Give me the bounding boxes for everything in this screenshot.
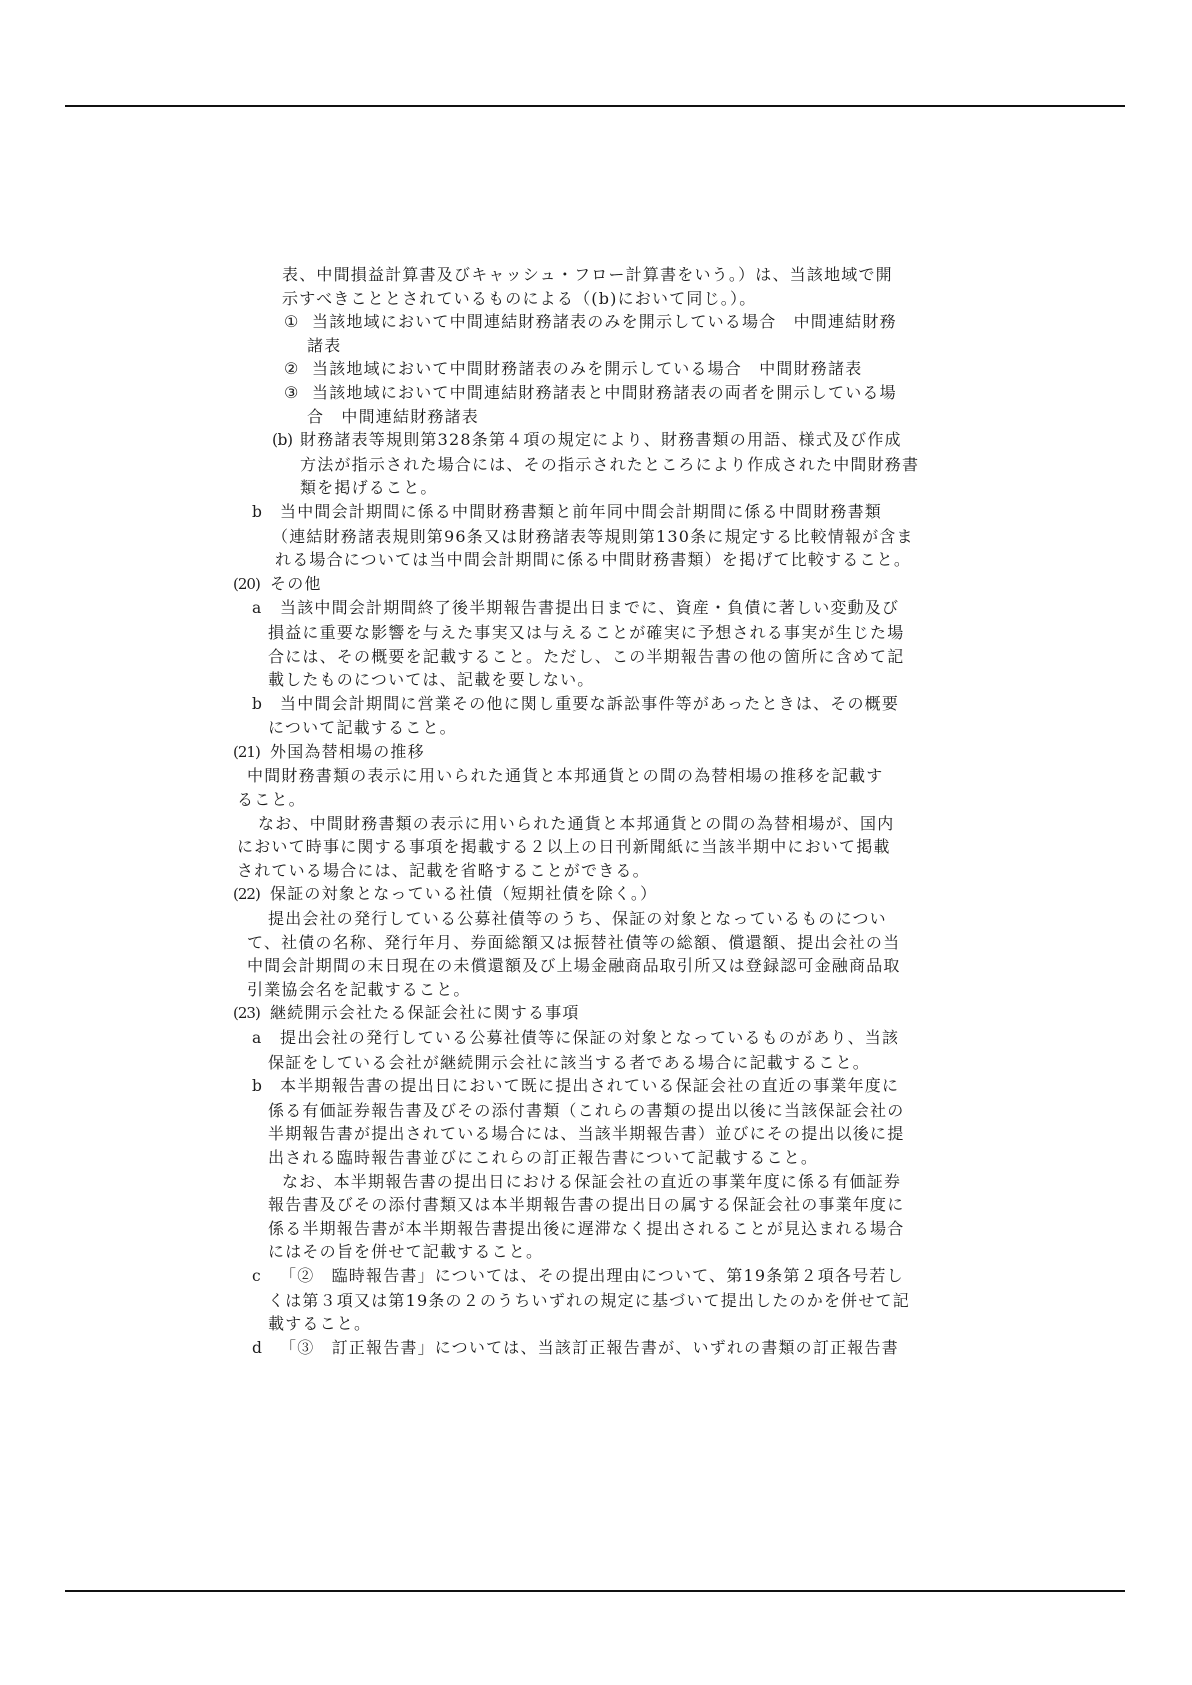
text-line: において時事に関する事項を掲載する２以上の日刊新聞紙に当該半期中において掲載 <box>233 835 933 859</box>
line-text: について記載すること。 <box>268 718 457 737</box>
item-marker: (20) <box>233 573 270 597</box>
text-line: 中間財務書類の表示に用いられた通貨と本邦通貨との間の為替相場の推移を記載す <box>233 764 933 788</box>
line-text: 「② 臨時報告書」については、その提出理由について、第19条第２項各号若し <box>280 1266 904 1285</box>
page-top-rule <box>65 105 1125 107</box>
text-line: 示すべきこととされているものによる（(b)において同じ。）。 <box>233 287 933 311</box>
item-marker: ③ <box>284 381 312 405</box>
line-text: 合には、その概要を記載すること。ただし、この半期報告書の他の箇所に含めて記 <box>268 647 904 666</box>
text-line: されている場合には、記載を省略することができる。 <box>233 859 933 883</box>
item-marker: d <box>252 1337 280 1361</box>
text-line: c「② 臨時報告書」については、その提出理由について、第19条第２項各号若し <box>233 1264 933 1289</box>
text-line: 類を掲げること。 <box>233 476 933 500</box>
text-line: (21)外国為替相場の推移 <box>233 740 933 765</box>
line-text: 載したものについては、記載を要しない。 <box>268 670 594 689</box>
item-marker: c <box>252 1265 280 1289</box>
line-text: 当該中間会計期間終了後半期報告書提出日までに、資産・負債に著しい変動及び <box>280 598 899 617</box>
line-text: 報告書及びその添付書類又は本半期報告書の提出日の属する保証会社の事業年度に <box>268 1195 904 1214</box>
text-line: （連結財務諸表規則第96条又は財務諸表等規則第130条に規定する比較情報が含ま <box>233 525 933 549</box>
text-line: 出される臨時報告書並びにこれらの訂正報告書について記載すること。 <box>233 1146 933 1170</box>
text-line: くは第３項又は第19条の２のうちいずれの規定に基づいて提出したのかを併せて記 <box>233 1289 933 1313</box>
item-marker: ② <box>284 357 312 381</box>
line-text: 当中間会計期間に係る中間財務書類と前年同中間会計期間に係る中間財務書類 <box>280 502 882 521</box>
page-bottom-rule <box>65 1590 1125 1592</box>
text-line: (b)財務諸表等規則第328条第４項の規定により、財務書類の用語、様式及び作成 <box>233 428 933 453</box>
text-line: 係る有価証券報告書及びその添付書類（これらの書類の提出以後に当該保証会社の <box>233 1099 933 1123</box>
line-text: 当該地域において中間連結財務諸表と中間財務諸表の両者を開示している場 <box>312 383 897 402</box>
text-line: 保証をしている会社が継続開示会社に該当する者である場合に記載すること。 <box>233 1051 933 1075</box>
line-text: 当該地域において中間連結財務諸表のみを開示している場合 中間連結財務 <box>312 312 897 331</box>
line-text: 提出会社の発行している公募社債等に保証の対象となっているものがあり、当該 <box>280 1028 899 1047</box>
text-line: 報告書及びその添付書類又は本半期報告書の提出日の属する保証会社の事業年度に <box>233 1193 933 1217</box>
text-line: 表、中間損益計算書及びキャッシュ・フロー計算書をいう。）は、当該地域で開 <box>233 263 933 287</box>
line-text: れる場合については当中間会計期間に係る中間財務書類）を掲げて比較すること。 <box>275 550 911 569</box>
text-line: 諸表 <box>233 334 933 358</box>
text-line: d「③ 訂正報告書」については、当該訂正報告書が、いずれの書類の訂正報告書 <box>233 1336 933 1361</box>
text-line: 半期報告書が提出されている場合には、当該半期報告書）並びにその提出以後に提 <box>233 1122 933 1146</box>
text-line: て、社債の名称、発行年月、券面総額又は振替社債等の総額、償還額、提出会社の当 <box>233 931 933 955</box>
text-line: ①当該地域において中間連結財務諸表のみを開示している場合 中間連結財務 <box>233 310 933 334</box>
item-marker: (23) <box>233 1002 270 1026</box>
text-line: について記載すること。 <box>233 716 933 740</box>
text-line: b本半期報告書の提出日において既に提出されている保証会社の直近の事業年度に <box>233 1074 933 1099</box>
text-line: なお、本半期報告書の提出日における保証会社の直近の事業年度に係る有価証券 <box>233 1170 933 1194</box>
line-text: 表、中間損益計算書及びキャッシュ・フロー計算書をいう。）は、当該地域で開 <box>282 265 893 284</box>
text-line: (23)継続開示会社たる保証会社に関する事項 <box>233 1001 933 1026</box>
text-line: 提出会社の発行している公募社債等のうち、保証の対象となっているものについ <box>233 907 933 931</box>
line-text: 保証の対象となっている社債（短期社債を除く。） <box>270 884 657 903</box>
text-line: 方法が指示された場合には、その指示されたところにより作成された中間財務書 <box>233 453 933 477</box>
item-marker: (21) <box>233 741 270 765</box>
line-text: 合 中間連結財務諸表 <box>307 407 479 426</box>
item-marker: b <box>252 693 280 717</box>
line-text: 外国為替相場の推移 <box>270 742 425 761</box>
line-text: 係る有価証券報告書及びその添付書類（これらの書類の提出以後に当該保証会社の <box>268 1101 904 1120</box>
line-text: くは第３項又は第19条の２のうちいずれの規定に基づいて提出したのかを併せて記 <box>268 1291 910 1310</box>
item-marker: a <box>252 597 280 621</box>
line-text: にはその旨を併せて記載すること。 <box>268 1242 543 1261</box>
text-line: なお、中間財務書類の表示に用いられた通貨と本邦通貨との間の為替相場が、国内 <box>233 812 933 836</box>
line-text: 諸表 <box>307 336 341 355</box>
line-text: なお、中間財務書類の表示に用いられた通貨と本邦通貨との間の為替相場が、国内 <box>258 814 894 833</box>
text-line: 係る半期報告書が本半期報告書提出後に遅滞なく提出されることが見込まれる場合 <box>233 1217 933 1241</box>
text-line: れる場合については当中間会計期間に係る中間財務書類）を掲げて比較すること。 <box>233 548 933 572</box>
text-line: b当中間会計期間に係る中間財務書類と前年同中間会計期間に係る中間財務書類 <box>233 500 933 525</box>
item-marker: b <box>252 501 280 525</box>
line-text: なお、本半期報告書の提出日における保証会社の直近の事業年度に係る有価証券 <box>282 1172 901 1191</box>
text-line: ること。 <box>233 788 933 812</box>
line-text: 中間財務書類の表示に用いられた通貨と本邦通貨との間の為替相場の推移を記載す <box>247 766 883 785</box>
line-text: されている場合には、記載を省略することができる。 <box>237 861 650 880</box>
text-line: (22)保証の対象となっている社債（短期社債を除く。） <box>233 882 933 907</box>
text-line: 損益に重要な影響を与えた事実又は与えることが確実に予想される事実が生じた場 <box>233 621 933 645</box>
line-text: 継続開示会社たる保証会社に関する事項 <box>270 1003 580 1022</box>
text-line: 合 中間連結財務諸表 <box>233 405 933 429</box>
item-marker: a <box>252 1027 280 1051</box>
line-text: 本半期報告書の提出日において既に提出されている保証会社の直近の事業年度に <box>280 1076 899 1095</box>
line-text: 載すること。 <box>268 1314 371 1333</box>
line-text: 示すべきこととされているものによる（(b)において同じ。）。 <box>282 289 756 308</box>
line-text: 方法が指示された場合には、その指示されたところにより作成された中間財務書 <box>300 455 919 474</box>
text-line: a提出会社の発行している公募社債等に保証の対象となっているものがあり、当該 <box>233 1026 933 1051</box>
line-text: 中間会計期間の末日現在の未償還額及び上場金融商品取引所又は登録認可金融商品取 <box>247 956 901 975</box>
line-text: 出される臨時報告書並びにこれらの訂正報告書について記載すること。 <box>268 1148 818 1167</box>
line-text: ること。 <box>237 790 306 809</box>
line-text: 財務諸表等規則第328条第４項の規定により、財務書類の用語、様式及び作成 <box>300 430 902 449</box>
line-text: 保証をしている会社が継続開示会社に該当する者である場合に記載すること。 <box>268 1053 870 1072</box>
text-line: 合には、その概要を記載すること。ただし、この半期報告書の他の箇所に含めて記 <box>233 645 933 669</box>
line-text: （連結財務諸表規則第96条又は財務諸表等規則第130条に規定する比較情報が含ま <box>272 527 914 546</box>
line-text: て、社債の名称、発行年月、券面総額又は振替社債等の総額、償還額、提出会社の当 <box>247 933 900 952</box>
item-marker: b <box>252 1075 280 1099</box>
line-text: 当中間会計期間に営業その他に関し重要な訴訟事件等があったときは、その概要 <box>280 694 899 713</box>
document-body: 表、中間損益計算書及びキャッシュ・フロー計算書をいう。）は、当該地域で開示すべき… <box>233 263 933 1360</box>
text-line: b当中間会計期間に営業その他に関し重要な訴訟事件等があったときは、その概要 <box>233 692 933 717</box>
line-text: 当該地域において中間財務諸表のみを開示している場合 中間財務諸表 <box>312 359 862 378</box>
text-line: ②当該地域において中間財務諸表のみを開示している場合 中間財務諸表 <box>233 357 933 381</box>
text-line: ③当該地域において中間連結財務諸表と中間財務諸表の両者を開示している場 <box>233 381 933 405</box>
text-line: 載したものについては、記載を要しない。 <box>233 668 933 692</box>
line-text: その他 <box>270 574 322 593</box>
text-line: 載すること。 <box>233 1312 933 1336</box>
item-marker: ① <box>284 310 312 334</box>
item-marker: (b) <box>272 429 300 453</box>
line-text: 半期報告書が提出されている場合には、当該半期報告書）並びにその提出以後に提 <box>268 1124 904 1143</box>
line-text: 係る半期報告書が本半期報告書提出後に遅滞なく提出されることが見込まれる場合 <box>268 1219 904 1238</box>
text-line: にはその旨を併せて記載すること。 <box>233 1240 933 1264</box>
item-marker: (22) <box>233 883 270 907</box>
line-text: 引業協会名を記載すること。 <box>247 980 471 999</box>
line-text: において時事に関する事項を掲載する２以上の日刊新聞紙に当該半期中において掲載 <box>237 837 891 856</box>
text-line: a当該中間会計期間終了後半期報告書提出日までに、資産・負債に著しい変動及び <box>233 596 933 621</box>
text-line: 中間会計期間の末日現在の未償還額及び上場金融商品取引所又は登録認可金融商品取 <box>233 954 933 978</box>
text-line: (20)その他 <box>233 572 933 597</box>
line-text: 提出会社の発行している公募社債等のうち、保証の対象となっているものについ <box>268 909 887 928</box>
line-text: 「③ 訂正報告書」については、当該訂正報告書が、いずれの書類の訂正報告書 <box>280 1338 899 1357</box>
line-text: 類を掲げること。 <box>300 478 438 497</box>
line-text: 損益に重要な影響を与えた事実又は与えることが確実に予想される事実が生じた場 <box>268 623 904 642</box>
text-line: 引業協会名を記載すること。 <box>233 978 933 1002</box>
